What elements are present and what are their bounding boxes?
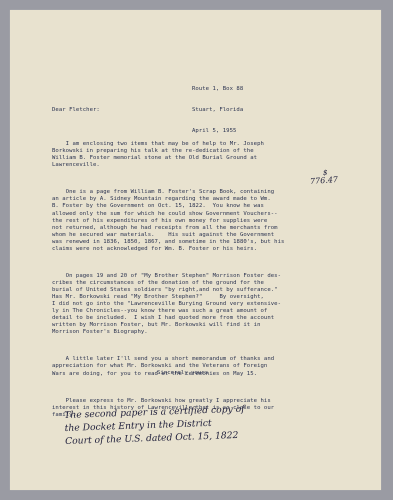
closing: Sincerely yours: [157, 370, 208, 377]
margin-amount-annotation: 776.47: [310, 175, 339, 186]
paragraph: I am enclosing two items that may be of …: [52, 141, 284, 169]
address-line: Stuart, Florida: [192, 107, 243, 114]
paragraph: On pages 19 and 20 of "My Brother Stephe…: [52, 273, 284, 336]
address-line: Route 1, Box 88: [192, 86, 243, 93]
salutation: Dear Fletcher:: [52, 107, 100, 114]
handwritten-note: The second paper is a certified copy of …: [64, 403, 246, 448]
paragraph: One is a page from William B. Foster's S…: [52, 189, 284, 252]
letter-body: I am enclosing two items that may be of …: [52, 127, 284, 432]
